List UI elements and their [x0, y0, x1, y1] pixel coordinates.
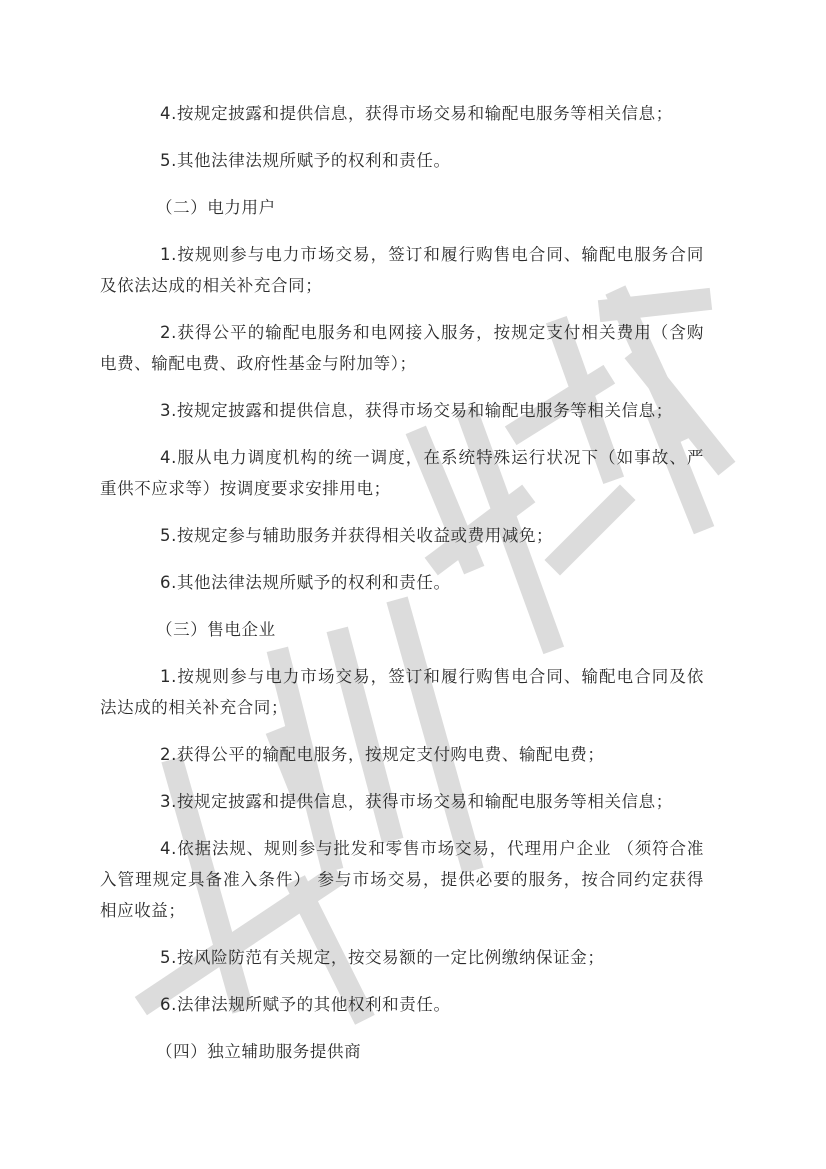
paragraph-text: 服从电力调度机构的统一调度，在系统特殊运行状况下（如事故、严重供不应求等）按调度…	[100, 448, 704, 498]
list-paragraph: 5.按风险防范有关规定，按交易额的一定比例缴纳保证金；	[100, 942, 704, 973]
item-number: 1.	[160, 667, 177, 686]
paragraph-text: 按规定披露和提供信息，获得市场交易和输配电服务等相关信息；	[177, 401, 673, 420]
item-number: 6.	[160, 573, 177, 592]
item-number: 6.	[160, 995, 177, 1014]
list-paragraph: 3.按规定披露和提供信息，获得市场交易和输配电服务等相关信息；	[100, 395, 704, 426]
section-heading: （三）售电企业	[100, 614, 704, 645]
item-number: 5.	[160, 948, 177, 967]
list-paragraph: 2.获得公平的输配电服务和电网接入服务，按规定支付相关费用（含购电费、输配电费、…	[100, 317, 704, 379]
paragraph-text: 其他法律法规所赋予的权利和责任。	[177, 151, 451, 170]
list-paragraph: 1.按规则参与电力市场交易，签订和履行购售电合同、输配电合同及依法达成的相关补充…	[100, 661, 704, 723]
list-paragraph: 5.按规定参与辅助服务并获得相关收益或费用减免；	[100, 520, 704, 551]
paragraph-text: 按规则参与电力市场交易，签订和履行购售电合同、输配电服务合同及依法达成的相关补充…	[100, 245, 704, 295]
item-number: 5.	[160, 151, 177, 170]
list-paragraph: 2.获得公平的输配电服务，按规定支付购电费、输配电费；	[100, 739, 704, 770]
list-paragraph: 5.其他法律法规所赋予的权利和责任。	[100, 145, 704, 176]
paragraph-text: 按风险防范有关规定，按交易额的一定比例缴纳保证金；	[177, 948, 605, 967]
item-number: 2.	[160, 745, 177, 764]
paragraph-text: 其他法律法规所赋予的权利和责任。	[177, 573, 451, 592]
document-page: 4.按规定披露和提供信息，获得市场交易和输配电服务等相关信息；5.其他法律法规所…	[0, 0, 826, 1169]
list-paragraph: 4.服从电力调度机构的统一调度，在系统特殊运行状况下（如事故、严重供不应求等）按…	[100, 442, 704, 504]
section-heading: （四）独立辅助服务提供商	[100, 1036, 704, 1067]
item-number: 5.	[160, 526, 177, 545]
paragraph-text: （三）售电企业	[156, 620, 276, 639]
list-paragraph: 4.依据法规、规则参与批发和零售市场交易，代理用户企业 （须符合准入管理规定具备…	[100, 833, 704, 926]
paragraph-text: 获得公平的输配电服务，按规定支付购电费、输配电费；	[177, 745, 605, 764]
list-paragraph: 6.法律法规所赋予的其他权利和责任。	[100, 989, 704, 1020]
paragraph-text: （二）电力用户	[156, 198, 276, 217]
section-heading: （二）电力用户	[100, 192, 704, 223]
paragraph-text: 按规则参与电力市场交易，签订和履行购售电合同、输配电合同及依法达成的相关补充合同…	[100, 667, 704, 717]
item-number: 4.	[160, 839, 177, 858]
item-number: 3.	[160, 401, 177, 420]
list-paragraph: 3.按规定披露和提供信息，获得市场交易和输配电服务等相关信息；	[100, 786, 704, 817]
item-number: 3.	[160, 792, 177, 811]
paragraph-text: 按规定披露和提供信息，获得市场交易和输配电服务等相关信息；	[177, 104, 673, 123]
list-paragraph: 6.其他法律法规所赋予的权利和责任。	[100, 567, 704, 598]
paragraph-text: 按规定披露和提供信息，获得市场交易和输配电服务等相关信息；	[177, 792, 673, 811]
item-number: 4.	[160, 104, 177, 123]
list-paragraph: 1.按规则参与电力市场交易，签订和履行购售电合同、输配电服务合同及依法达成的相关…	[100, 239, 704, 301]
item-number: 1.	[160, 245, 177, 264]
paragraph-text: 按规定参与辅助服务并获得相关收益或费用减免；	[177, 526, 553, 545]
paragraph-text: 获得公平的输配电服务和电网接入服务，按规定支付相关费用（含购电费、输配电费、政府…	[100, 323, 704, 373]
list-paragraph: 4.按规定披露和提供信息，获得市场交易和输配电服务等相关信息；	[100, 98, 704, 129]
paragraph-text: 依据法规、规则参与批发和零售市场交易，代理用户企业 （须符合准入管理规定具备准入…	[100, 839, 704, 920]
paragraph-text: 法律法规所赋予的其他权利和责任。	[177, 995, 451, 1014]
paragraph-text: （四）独立辅助服务提供商	[156, 1042, 361, 1061]
item-number: 4.	[160, 448, 177, 467]
item-number: 2.	[160, 323, 177, 342]
